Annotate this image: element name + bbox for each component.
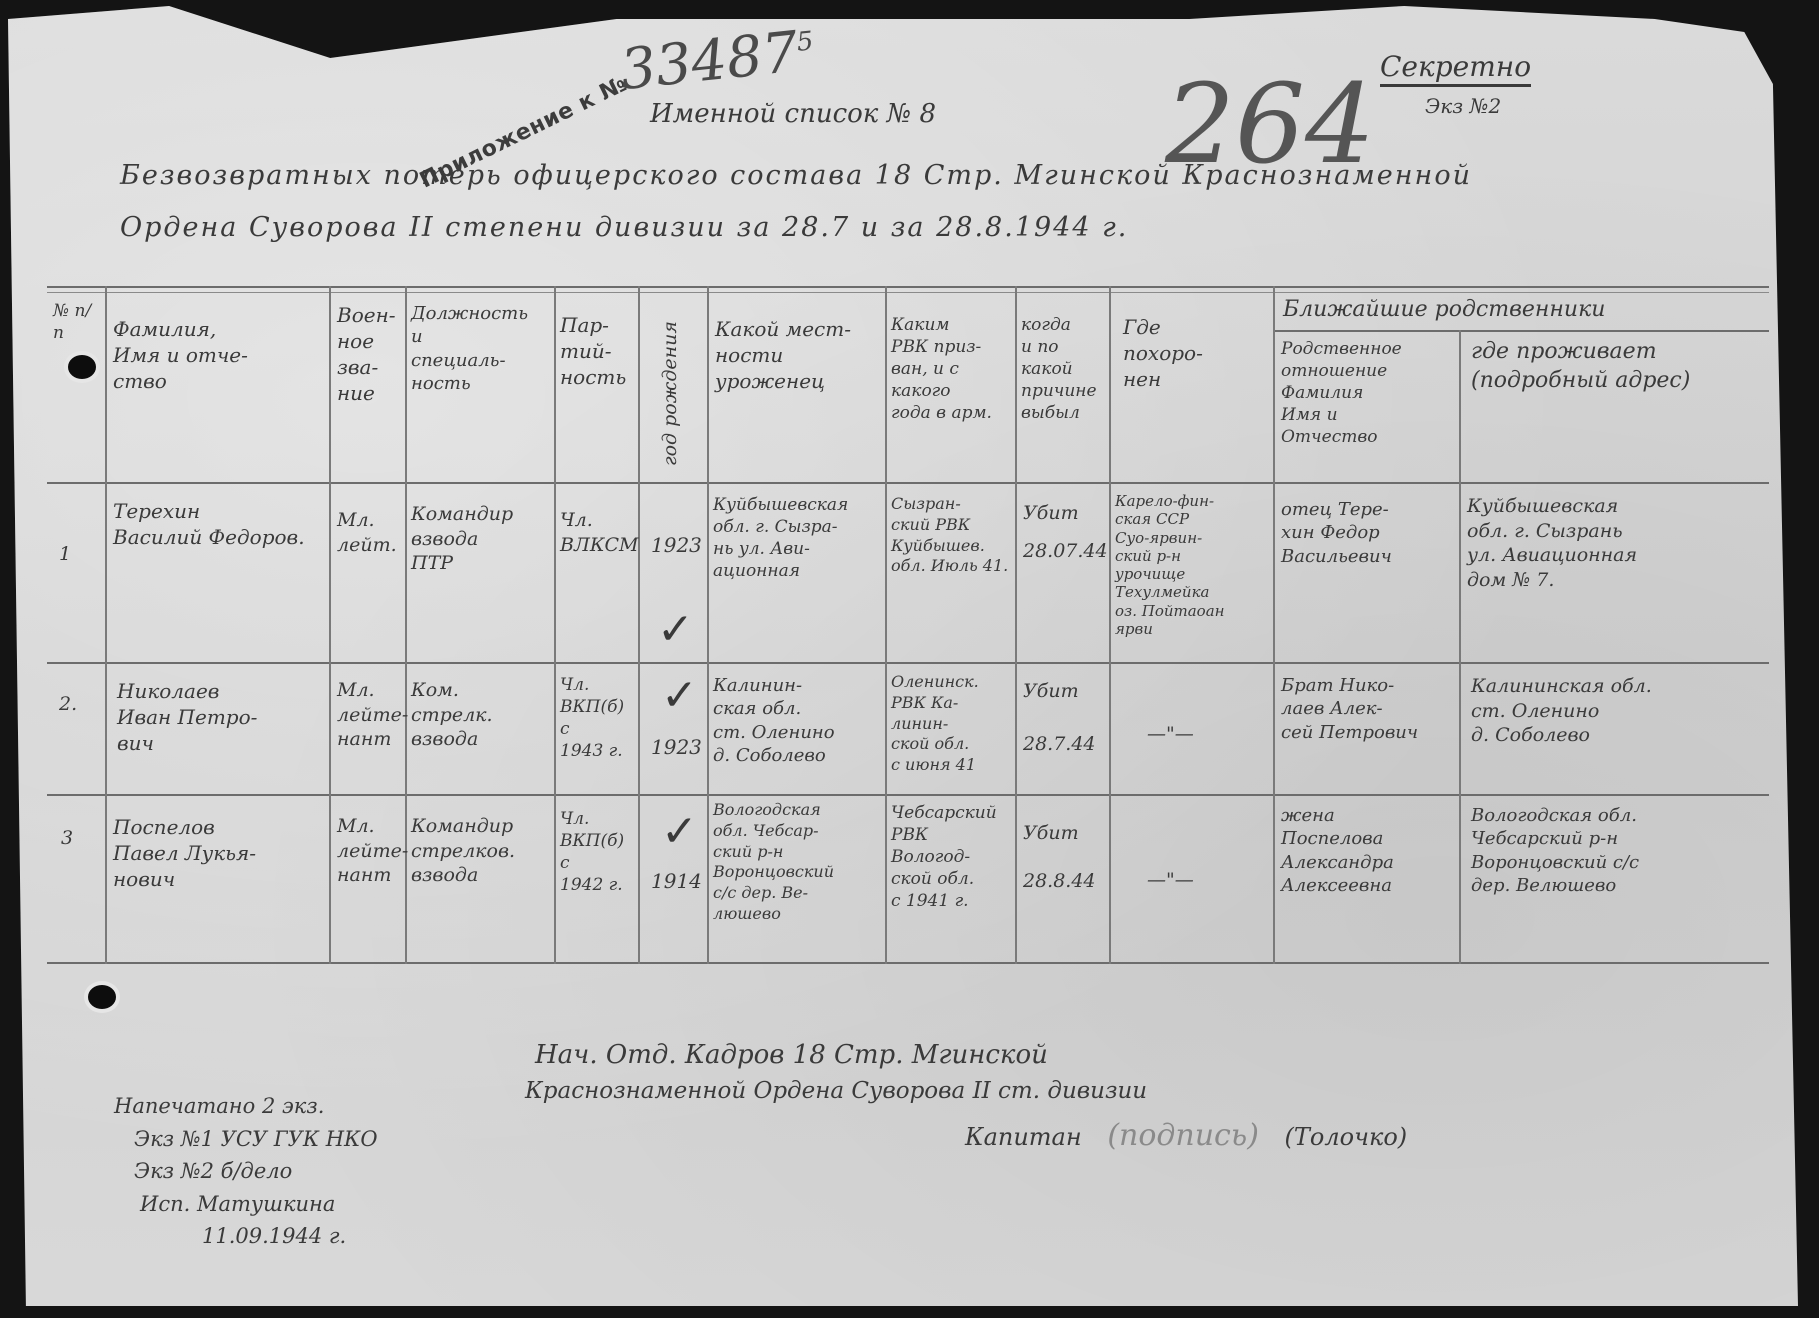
row-name: Николаев Иван Петро- вич bbox=[117, 678, 257, 756]
list-subtitle-line1: Безвозвратных потерь офицерского состава… bbox=[120, 160, 1472, 191]
header-relatives-group: Ближайшие родственники bbox=[1283, 296, 1605, 325]
verified-check-mark: ✓ bbox=[661, 806, 698, 857]
row-death: Убит 28.8.44 bbox=[1023, 822, 1096, 893]
signature-block: Нач. Отд. Кадров 18 Стр. Мгинской Красно… bbox=[525, 1040, 1407, 1153]
row-rank: Мл. лейте- нант bbox=[337, 678, 408, 752]
losses-table: № п/п Фамилия, Имя и отче- ство Воен- но… bbox=[47, 286, 1769, 964]
row-birthplace: Калинин- ская обл. ст. Оленино д. Соболе… bbox=[713, 674, 835, 768]
row-draft: Оленинск. РВК Ка- линин- ской обл. с июн… bbox=[891, 672, 979, 776]
row-rank: Мл. лейте- нант bbox=[337, 814, 408, 888]
header-num: № п/п bbox=[53, 300, 101, 344]
row-birthplace: Вологодская обл. Чебсар- ский р-н Воронц… bbox=[713, 800, 834, 925]
row-death: Убит 28.7.44 bbox=[1023, 678, 1096, 758]
header-relative: Родственное отношение Фамилия Имя и Отче… bbox=[1281, 338, 1402, 448]
secret-classification: Секретно bbox=[1380, 50, 1531, 87]
row-birth-year: 1914 bbox=[651, 868, 702, 894]
header-bottom-rule bbox=[47, 482, 1769, 484]
header-draft: Каким РВК приз- ван, и с какого года в а… bbox=[891, 314, 992, 424]
row-death: Убит 28.07.44 bbox=[1023, 494, 1108, 570]
row-name: Поспелов Павел Лукья- нович bbox=[113, 814, 256, 892]
row-draft: Сызран- ский РВК Куйбышев. обл. Июль 41. bbox=[891, 494, 1008, 577]
row-birth-year: 1923 bbox=[651, 734, 702, 760]
row2-bottom-rule bbox=[47, 794, 1769, 796]
signature-rank: Капитан bbox=[965, 1123, 1082, 1151]
copy-number: Экз №2 bbox=[1425, 94, 1501, 118]
signature-name: (Толочко) bbox=[1285, 1123, 1408, 1151]
distribution-line: Напечатано 2 экз. bbox=[114, 1090, 378, 1123]
punch-hole-bottom bbox=[88, 985, 116, 1009]
table-top-rule-double bbox=[47, 292, 1769, 293]
header-party: Пар- тий- ность bbox=[560, 312, 626, 390]
distribution-line: Экз №1 УСУ ГУК НКО bbox=[114, 1123, 378, 1156]
col-divider bbox=[1273, 286, 1275, 964]
row1-bottom-rule bbox=[47, 662, 1769, 664]
row-address: Куйбышевская обл. г. Сызрань ул. Авиацио… bbox=[1467, 494, 1637, 593]
verified-check-mark: ✓ bbox=[657, 604, 694, 655]
row-birth-year: 1923 bbox=[651, 532, 702, 558]
list-title: Именной список № 8 bbox=[650, 100, 936, 130]
row-position: Командир стрелков. взвода bbox=[411, 814, 515, 888]
header-birthplace: Какой мест- ности уроженец bbox=[715, 316, 851, 394]
verified-check-mark: ✓ bbox=[661, 670, 698, 721]
row-birthplace: Куйбышевская обл. г. Сызра- нь ул. Ави- … bbox=[713, 494, 848, 582]
row-name: Терехин Василий Федоров. bbox=[113, 498, 305, 550]
header-burial: Где похоро- нен bbox=[1123, 314, 1203, 392]
col-divider bbox=[707, 286, 709, 964]
col-divider bbox=[329, 286, 331, 964]
col-divider bbox=[1015, 286, 1017, 964]
header-birth-year: год рождения bbox=[659, 321, 681, 466]
distribution-note: Напечатано 2 экз. Экз №1 УСУ ГУК НКО Экз… bbox=[114, 1090, 378, 1253]
row-number: 2. bbox=[59, 692, 77, 717]
row-draft: Чебсарский РВК Вологод- ской обл. с 1941… bbox=[891, 802, 997, 912]
row-relative: жена Поспелова Александра Алексеевна bbox=[1281, 804, 1394, 898]
col-divider bbox=[554, 286, 556, 964]
distribution-line: Экз №2 б/дело bbox=[114, 1155, 378, 1188]
header-death: когда и по какой причине выбыл bbox=[1021, 314, 1097, 424]
header-rank: Воен- ное зва- ние bbox=[337, 302, 396, 406]
row-position: Командир взвода ПТР bbox=[411, 502, 513, 576]
row-burial: Карело-фин- ская ССР Суо-ярвин- ский р-н… bbox=[1115, 492, 1225, 638]
signature-line: Капитан (подпись) (Толочко) bbox=[525, 1118, 1407, 1153]
header-address: где проживает (подробный адрес) bbox=[1471, 338, 1690, 395]
row-rank: Мл. лейт. bbox=[337, 508, 397, 557]
signature-mark: (подпись) bbox=[1107, 1118, 1259, 1153]
signature-title-line1: Нач. Отд. Кадров 18 Стр. Мгинской bbox=[525, 1040, 1407, 1070]
row-party: Чл. ВКП(б) с 1942 г. bbox=[560, 808, 624, 896]
row-relative: Брат Нико- лаев Алек- сей Петрович bbox=[1281, 674, 1418, 744]
distribution-line: Исп. Матушкина bbox=[114, 1188, 378, 1221]
col-divider bbox=[885, 286, 887, 964]
list-subtitle-line2: Ордена Суворова II степени дивизии за 28… bbox=[120, 212, 1128, 243]
table-bottom-rule bbox=[47, 962, 1769, 964]
row-address: Калининская обл. ст. Оленино д. Соболево bbox=[1471, 674, 1652, 748]
row-position: Ком. стрелк. взвода bbox=[411, 678, 493, 752]
distribution-line: 11.09.1944 г. bbox=[114, 1220, 378, 1253]
row-number: 1 bbox=[59, 542, 71, 567]
row-burial: —"— bbox=[1147, 722, 1194, 747]
header-position: Должность и специаль- ность bbox=[411, 302, 528, 396]
row-relative: отец Тере- хин Федор Васильевич bbox=[1281, 498, 1392, 568]
col-divider bbox=[638, 286, 640, 964]
col-divider bbox=[1109, 286, 1111, 964]
col-divider bbox=[1459, 330, 1461, 964]
row-party: Чл. ВКП(б) с 1943 г. bbox=[560, 674, 624, 762]
row-number: 3 bbox=[61, 826, 73, 851]
row-address: Вологодская обл. Чебсарский р-н Воронцов… bbox=[1471, 804, 1639, 898]
table-top-rule bbox=[47, 286, 1769, 288]
relatives-subheader-rule bbox=[1275, 330, 1769, 332]
col-divider bbox=[105, 286, 107, 964]
signature-title-line2: Краснознаменной Ордена Суворова II ст. д… bbox=[525, 1078, 1407, 1104]
row-party: Чл. ВЛКСМ bbox=[560, 508, 639, 557]
row-burial: —"— bbox=[1147, 868, 1194, 893]
header-name: Фамилия, Имя и отче- ство bbox=[113, 316, 248, 394]
